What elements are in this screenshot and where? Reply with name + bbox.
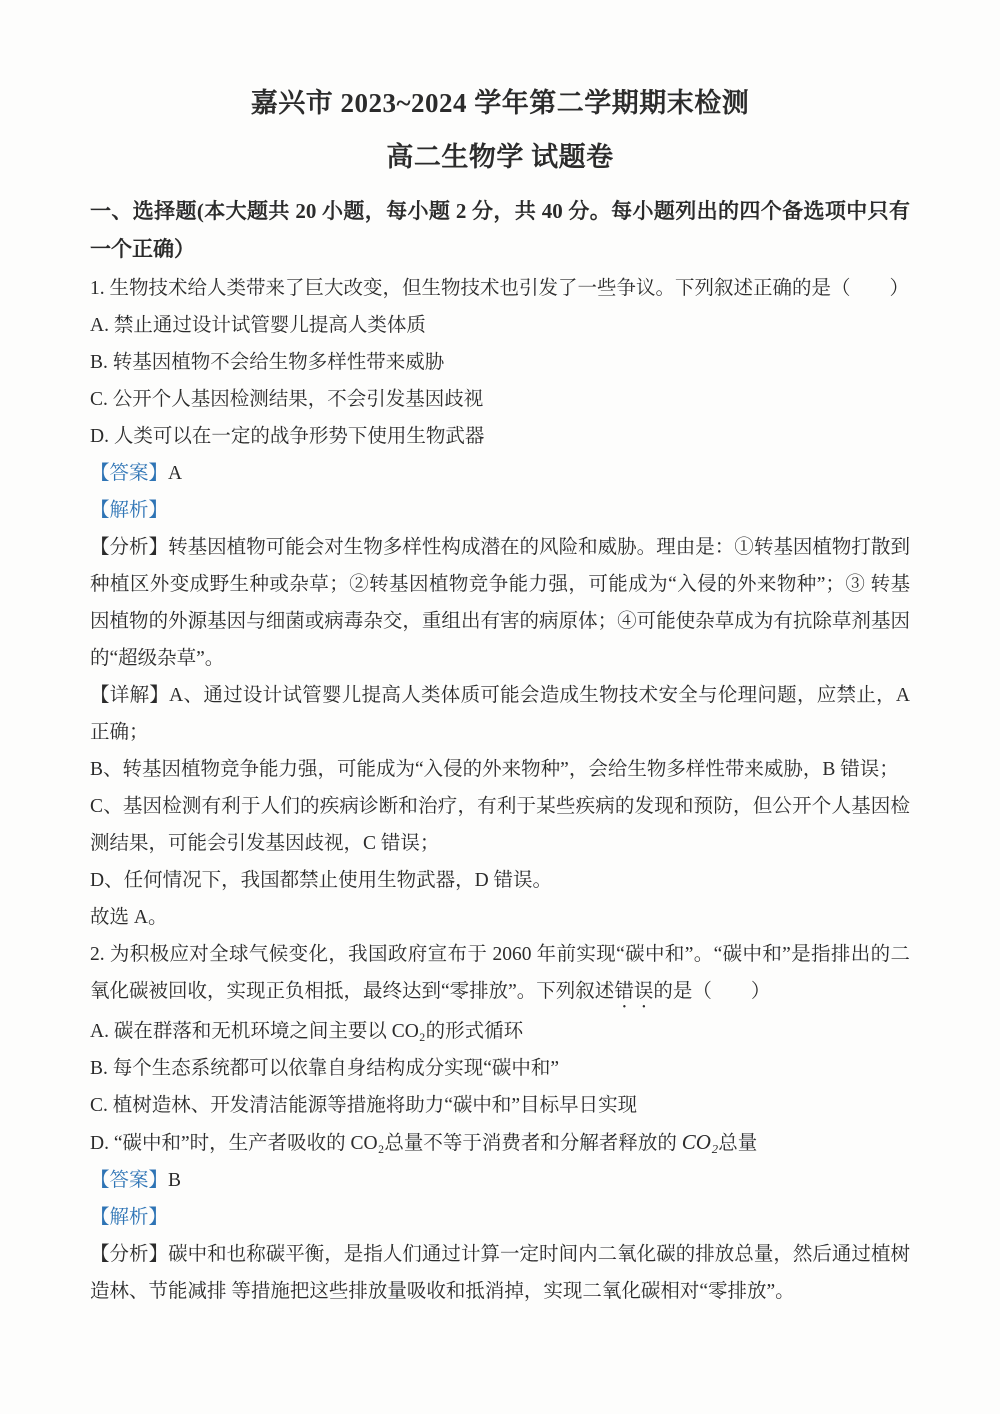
- q2-stem-post: 的是（ ）: [653, 981, 770, 1002]
- q1-jiexi-label: 【解析】: [90, 500, 168, 521]
- section-heading-multiple-choice: 一、选择题(本大题共 20 小题，每小题 2 分，共 40 分。每小题列出的四个…: [90, 192, 910, 268]
- q2-option-a: A. 碳在群落和无机环境之间主要以 CO₂的形式循环: [90, 1013, 910, 1050]
- q2-stem-emphasis: 错误: [614, 981, 653, 1002]
- q1-jiexi-line: 【解析】: [90, 492, 910, 529]
- q1-fenxi-paragraph: 【分析】转基因植物可能会对生物多样性构成潜在的风险和威胁。理由是：①转基因植物打…: [90, 529, 910, 677]
- q1-answer-label: 【答案】: [90, 463, 168, 484]
- q1-stem: 1. 生物技术给人类带来了巨大改变，但生物技术也引发了一些争议。下列叙述正确的是…: [90, 270, 910, 307]
- q2-jiexi-label: 【解析】: [90, 1207, 168, 1228]
- q1-option-d: D. 人类可以在一定的战争形势下使用生物武器: [90, 418, 910, 455]
- q2-option-d-co2-italic: CO₂: [682, 1130, 718, 1154]
- exam-document-page: 嘉兴市 2023~2024 学年第二学期期末检测 高二生物学 试题卷 一、选择题…: [0, 0, 1000, 1414]
- q1-detail-a: 【详解】A、通过设计试管婴儿提高人类体质可能会造成生物技术安全与伦理问题，应禁止…: [90, 677, 910, 751]
- q2-stem-pre: 2. 为积极应对全球气候变化，我国政府宣布于 2060 年前实现“碳中和”。“碳…: [90, 944, 910, 1002]
- doc-title-line2: 高二生物学 试题卷: [90, 140, 910, 174]
- q2-stem: 2. 为积极应对全球气候变化，我国政府宣布于 2060 年前实现“碳中和”。“碳…: [90, 936, 910, 1013]
- q2-answer-value: B: [168, 1170, 181, 1191]
- q1-answer-line: 【答案】A: [90, 455, 910, 492]
- q1-detail-d: D、任何情况下，我国都禁止使用生物武器，D 错误。: [90, 862, 910, 899]
- q2-answer-label: 【答案】: [90, 1170, 168, 1191]
- q2-answer-line: 【答案】B: [90, 1162, 910, 1199]
- q1-option-a: A. 禁止通过设计试管婴儿提高人类体质: [90, 307, 910, 344]
- doc-title-line1: 嘉兴市 2023~2024 学年第二学期期末检测: [90, 86, 910, 120]
- q1-option-c: C. 公开个人基因检测结果，不会引发基因歧视: [90, 381, 910, 418]
- q2-option-d-post: 总量: [718, 1133, 757, 1154]
- q2-option-c: C. 植树造林、开发清洁能源等措施将助力“碳中和”目标早日实现: [90, 1087, 910, 1124]
- q2-option-b: B. 每个生态系统都可以依靠自身结构成分实现“碳中和”: [90, 1050, 910, 1087]
- q2-option-d-pre: D. “碳中和”时，生产者吸收的 CO₂总量不等于消费者和分解者释放的: [90, 1133, 682, 1154]
- q1-conclusion: 故选 A。: [90, 899, 910, 936]
- q2-option-d: D. “碳中和”时，生产者吸收的 CO₂总量不等于消费者和分解者释放的 CO₂总…: [90, 1124, 910, 1162]
- q1-detail-b: B、转基因植物竞争能力强，可能成为“入侵的外来物种”，会给生物多样性带来威胁，B…: [90, 751, 910, 788]
- q1-detail-c: C、基因检测有利于人们的疾病诊断和治疗，有利于某些疾病的发现和预防，但公开个人基…: [90, 788, 910, 862]
- q2-jiexi-line: 【解析】: [90, 1199, 910, 1236]
- q1-option-b: B. 转基因植物不会给生物多样性带来威胁: [90, 344, 910, 381]
- q2-fenxi-paragraph: 【分析】碳中和也称碳平衡，是指人们通过计算一定时间内二氧化碳的排放总量，然后通过…: [90, 1236, 910, 1310]
- q1-answer-value: A: [168, 463, 182, 484]
